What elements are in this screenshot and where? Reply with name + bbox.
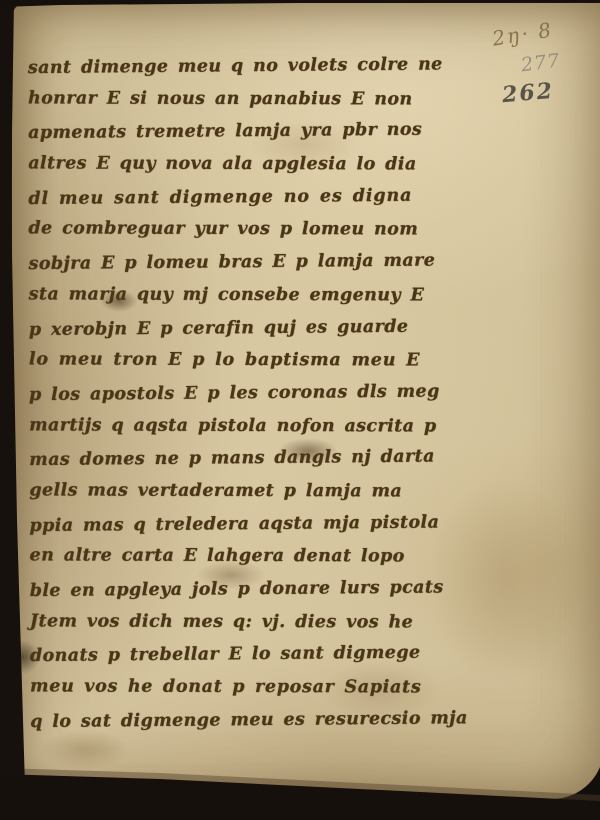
manuscript-line: sobjra E p lomeu bras E p lamja mare xyxy=(28,244,498,281)
manuscript-line: martijs q aqsta pistola nofon ascrita p xyxy=(29,409,499,443)
manuscript-line: en altre carta E lahgera denat lopo xyxy=(30,540,500,574)
manuscript-line: q lo sat digmenge meu es resurecsio mja xyxy=(30,702,500,739)
manuscript-line: meu vos he donat p reposar Sapiats xyxy=(30,670,500,704)
manuscript-line: ppia mas q treledera aqsta mja pistola xyxy=(29,506,499,543)
manuscript-line: donats p trebellar E lo sant digmege xyxy=(30,636,500,673)
manuscript-line: lo meu tron E p lo baptisma meu E xyxy=(29,344,499,378)
manuscript-line: gells mas vertaderamet p lamja ma xyxy=(29,474,499,508)
manuscript-line: p los apostols E p les coronas dls meg xyxy=(29,375,499,412)
manuscript-line: de combreguar yur vos p lomeu nom xyxy=(28,213,498,247)
manuscript-photo: 2ŋ· 8 277 262 sant dimenge meu q no vole… xyxy=(0,0,600,820)
manuscript-line: Jtem vos dich mes q: vj. dies vos he xyxy=(30,605,500,639)
manuscript-line: apmenats tremetre lamja yra pbr nos xyxy=(28,113,498,150)
manuscript-line: mas domes ne p mans dangls nj darta xyxy=(29,440,499,477)
folio-number: 262 xyxy=(501,78,555,108)
manuscript-line: p xerobjn E p cerafin quj es guarde xyxy=(29,309,499,346)
manuscript-line: honrar E si nous an panabius E non xyxy=(28,82,498,116)
manuscript-line: sant dimenge meu q no volets colre ne xyxy=(28,48,498,85)
manuscript-line: altres E quy nova ala apglesia lo dia xyxy=(28,147,498,181)
manuscript-line: sta marja quy mj consebe emgenuy E xyxy=(29,278,499,312)
manuscript-text: sant dimenge meu q no volets colre ne ho… xyxy=(28,49,500,737)
manuscript-line: ble en apgleya jols p donare lurs pcats xyxy=(30,571,500,608)
manuscript-line: dl meu sant digmenge no es digna xyxy=(28,179,498,216)
